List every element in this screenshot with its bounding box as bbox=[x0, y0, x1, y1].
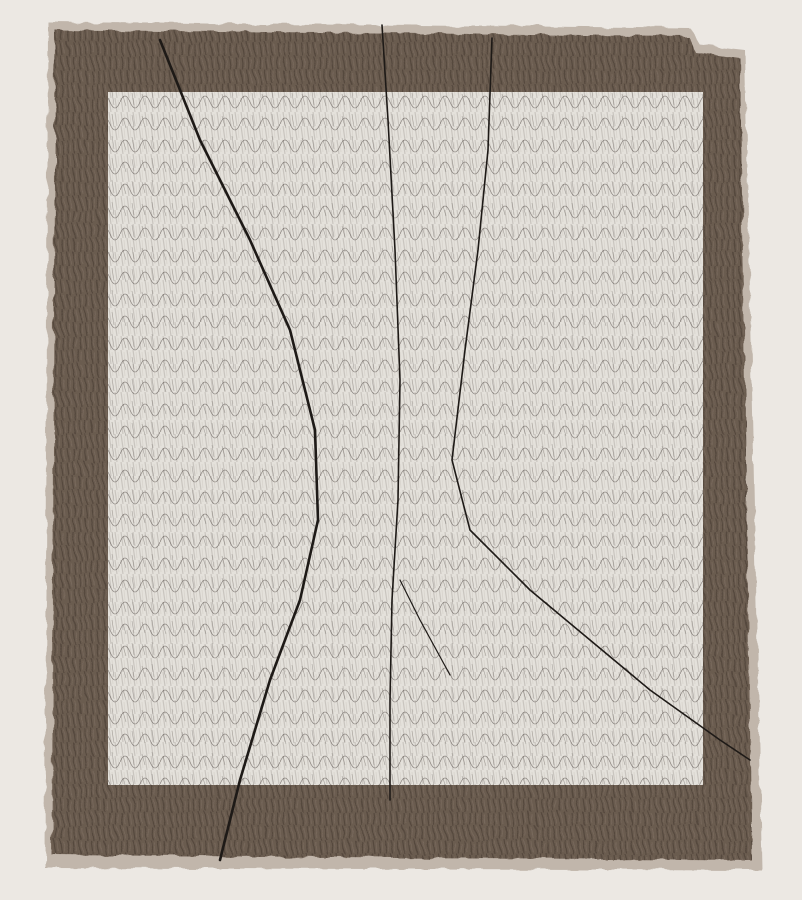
artwork-canvas bbox=[0, 0, 802, 900]
artwork-image bbox=[0, 0, 802, 900]
inner-field bbox=[108, 92, 703, 785]
